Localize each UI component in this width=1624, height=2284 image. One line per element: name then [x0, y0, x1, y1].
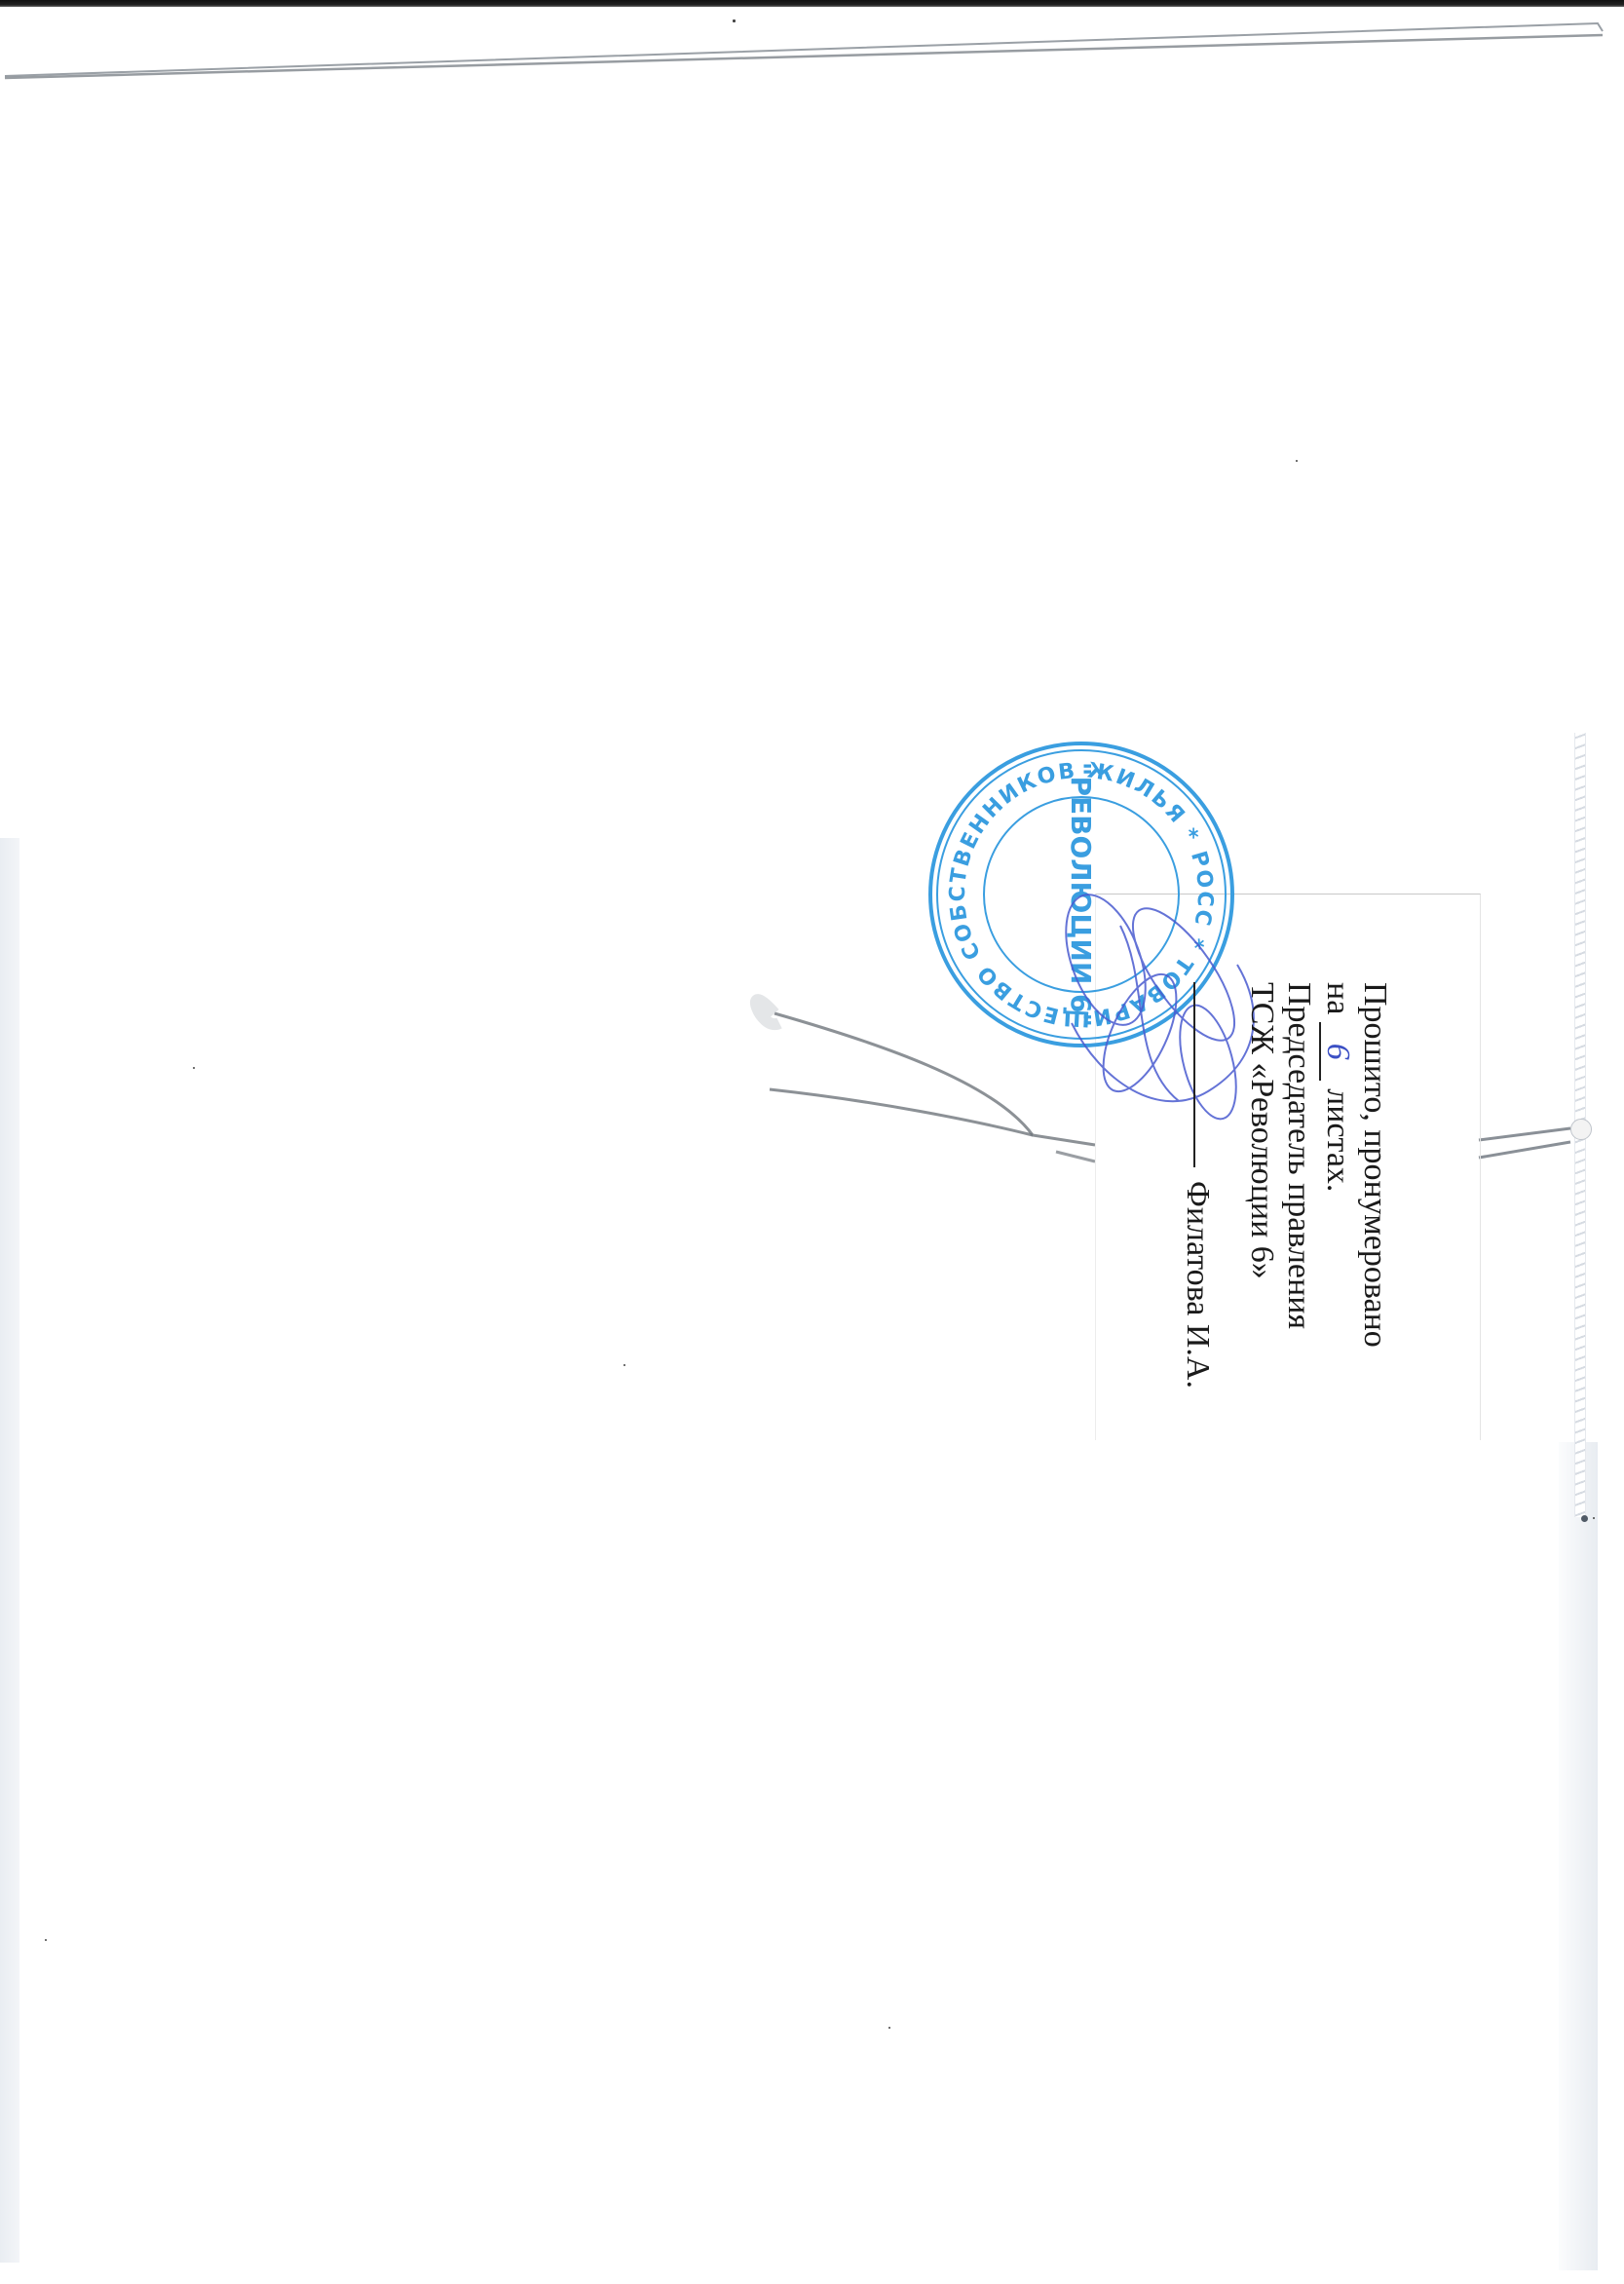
scan-left-shadow — [0, 838, 19, 2263]
binding-cord-knot — [1570, 1119, 1592, 1140]
label-line-stitched: Прошито, пронумеровано — [1358, 982, 1391, 1348]
signature-underline — [1193, 982, 1196, 1167]
label-line-organization: ТСЖ «Революции 6» — [1245, 982, 1278, 1279]
scan-right-shadow — [1559, 1442, 1598, 2270]
label-line-chairman: Председатель правления — [1282, 982, 1315, 1329]
label-sheets-prefix: на — [1320, 982, 1356, 1014]
label-line-sheets: на6листах. — [1319, 982, 1354, 1192]
sheet-count: 6 — [1319, 1022, 1354, 1081]
signer-name: Филатова И.А. — [1180, 1181, 1216, 1389]
label-sheets-suffix: листах. — [1320, 1088, 1356, 1192]
label-line-signer: Филатова И.А. — [1181, 982, 1214, 1389]
binding-cord-end — [1581, 1515, 1588, 1522]
